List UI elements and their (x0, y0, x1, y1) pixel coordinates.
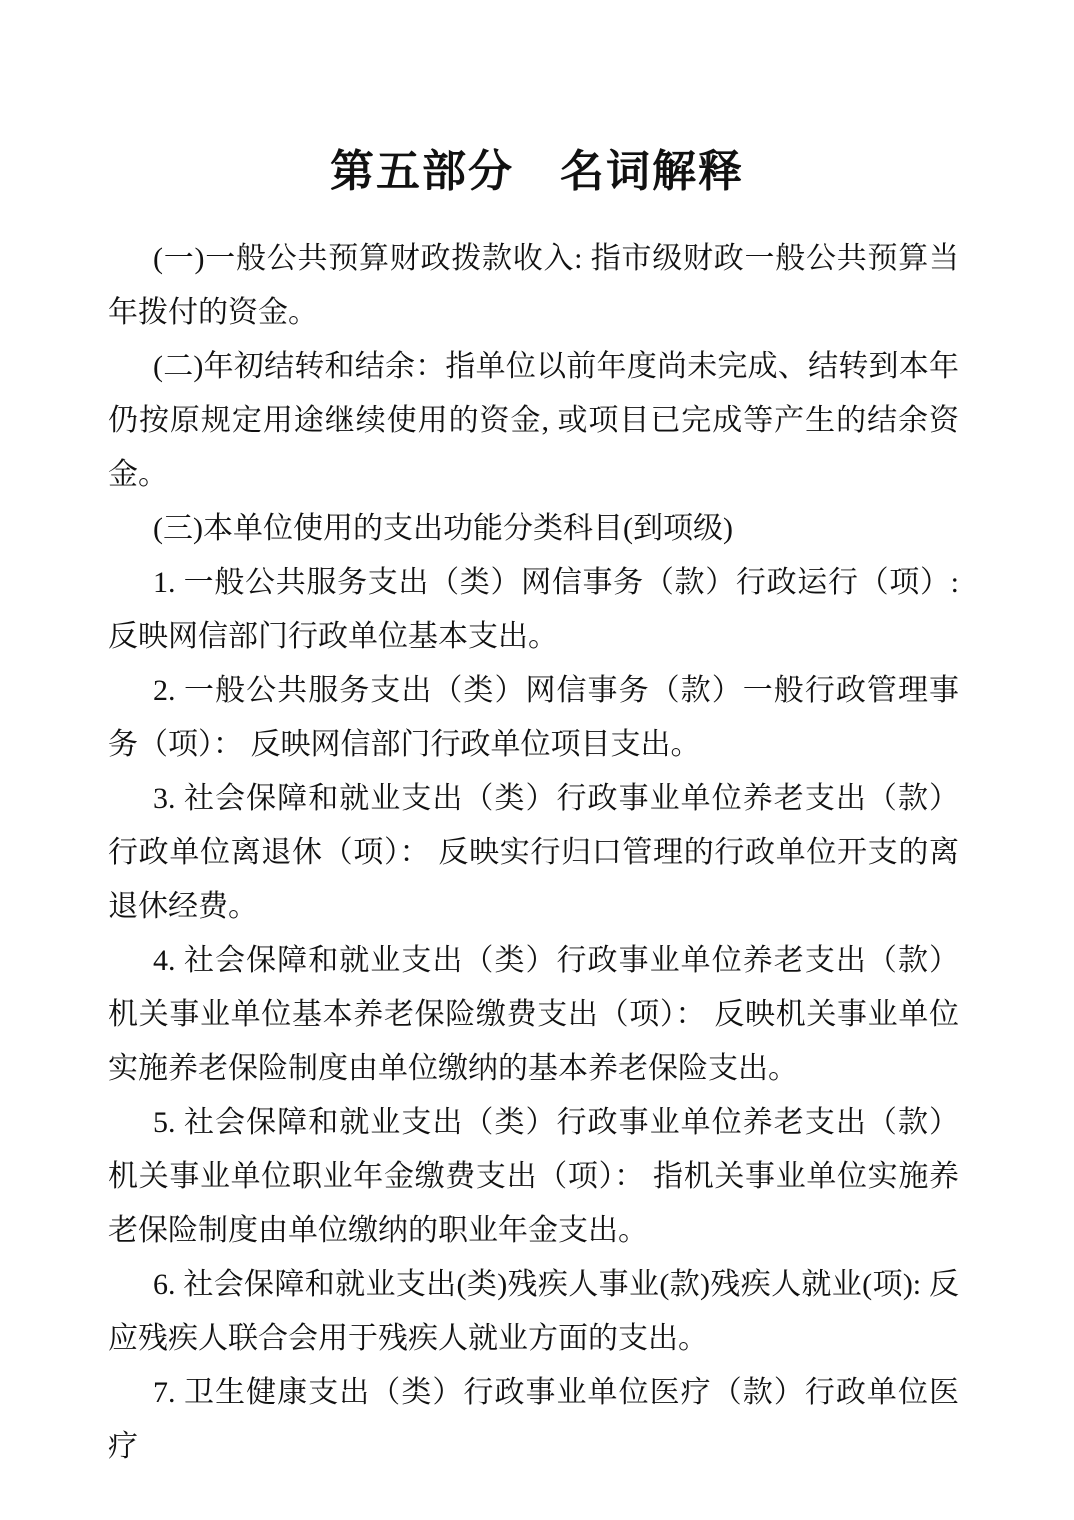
document-body: (一)一般公共预算财政拨款收入: 指市级财政一般公共预算当年拨付的资金。(二)年… (108, 232, 959, 1474)
paragraph: 5. 社会保障和就业支出（类）行政事业单位养老支出（款）机关事业单位职业年金缴费… (108, 1096, 959, 1258)
paragraph: 3. 社会保障和就业支出（类）行政事业单位养老支出（款）行政单位离退休（项）： … (108, 772, 959, 934)
document-page: 第五部分 名词解释 (一)一般公共预算财政拨款收入: 指市级财政一般公共预算当年… (0, 0, 1074, 1520)
paragraph: (三)本单位使用的支出功能分类科目(到项级) (108, 502, 959, 556)
paragraph: 4. 社会保障和就业支出（类）行政事业单位养老支出（款）机关事业单位基本养老保险… (108, 934, 959, 1096)
paragraph: (一)一般公共预算财政拨款收入: 指市级财政一般公共预算当年拨付的资金。 (108, 232, 959, 340)
paragraph: 1. 一般公共服务支出（类）网信事务（款）行政运行（项）: 反映网信部门行政单位… (108, 556, 959, 664)
paragraph: 2. 一般公共服务支出（类）网信事务（款）一般行政管理事务（项）： 反映网信部门… (108, 664, 959, 772)
paragraph: (二)年初结转和结余：指单位以前年度尚未完成、结转到本年仍按原规定用途继续使用的… (108, 340, 959, 502)
paragraph: 6. 社会保障和就业支出(类)残疾人事业(款)残疾人就业(项): 反应残疾人联合… (108, 1258, 959, 1366)
page-title: 第五部分 名词解释 (0, 0, 1074, 196)
paragraph: 7. 卫生健康支出（类）行政事业单位医疗（款）行政单位医疗 (108, 1366, 959, 1474)
